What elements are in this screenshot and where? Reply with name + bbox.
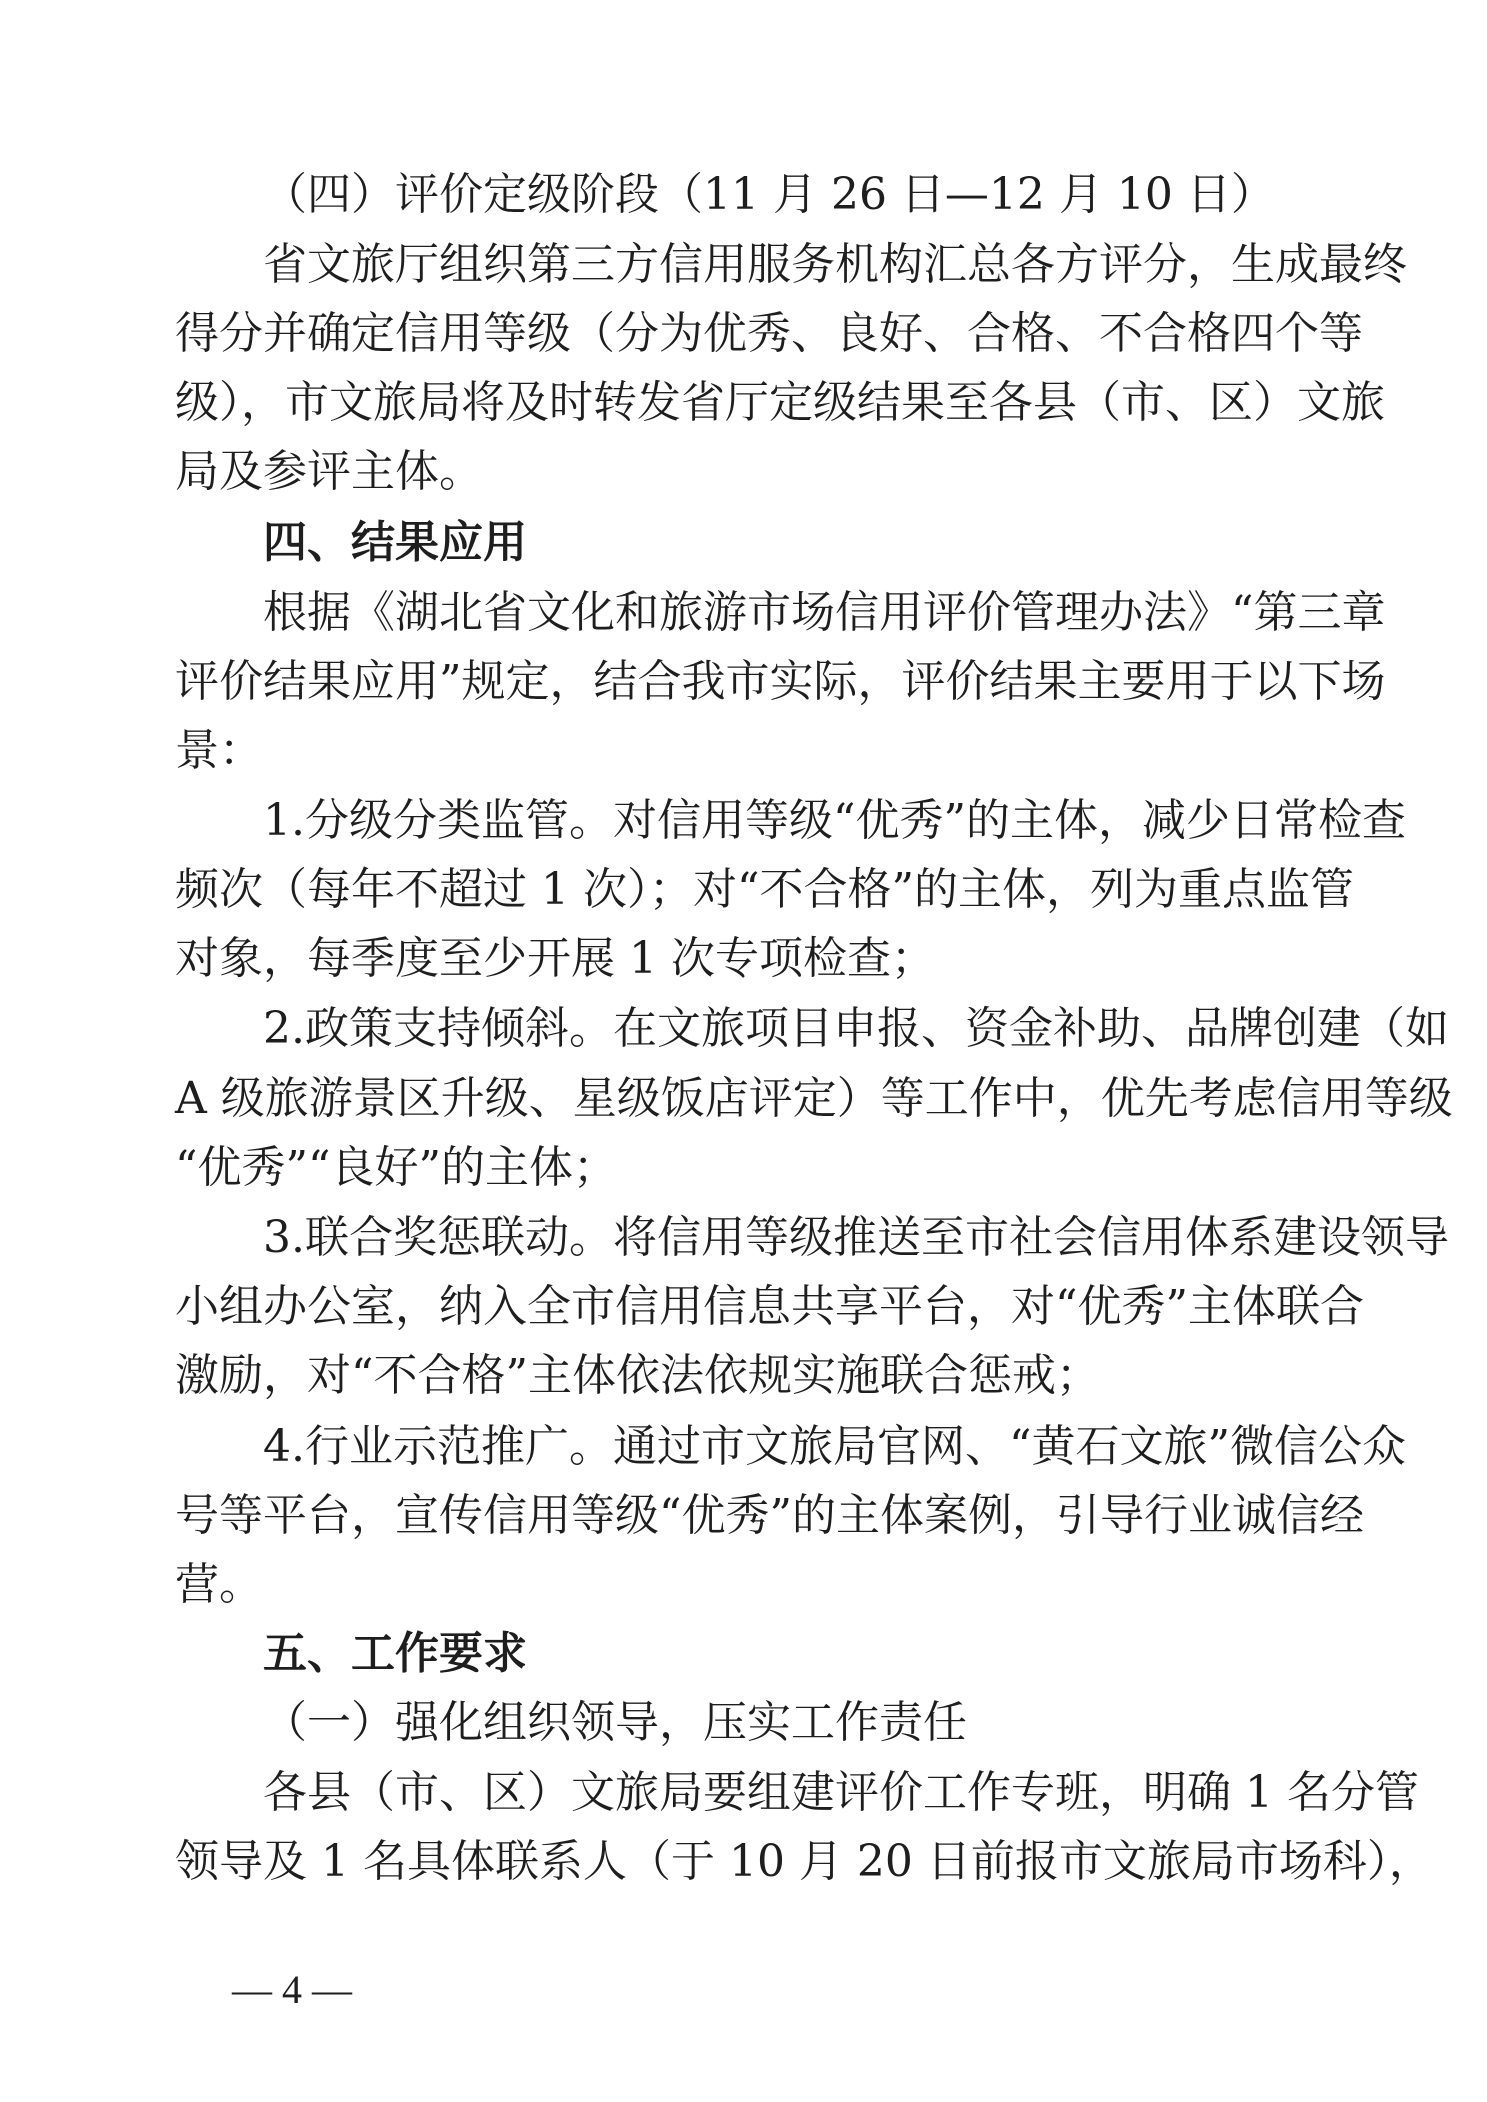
document-page: （四）评价定级阶段（11 月 26 日—12 月 10 日） 省文旅厅组织第三方… [0, 0, 1487, 2102]
list-item-4-line: 营。 [175, 1550, 1323, 1619]
paragraph-line: 景： [175, 716, 1323, 785]
list-item-3-line: 激励，对“不合格”主体依法依规实施联合惩戒； [175, 1341, 1323, 1410]
list-item-2-line: 2.政策支持倾斜。在文旅项目申报、资金补助、品牌创建（如 [263, 994, 1323, 1063]
paragraph-line: 省文旅厅组织第三方信用服务机构汇总各方评分，生成最终 [263, 230, 1323, 299]
list-item-4-line: 号等平台，宣传信用等级“优秀”的主体案例，引导行业诚信经 [175, 1481, 1323, 1550]
heading-section-5: 五、工作要求 [263, 1619, 527, 1688]
paragraph-line: 得分并确定信用等级（分为优秀、良好、合格、不合格四个等 [175, 299, 1323, 368]
list-item-2-line: “优秀”“良好”的主体； [175, 1133, 1323, 1202]
list-item-3-line: 3.联合奖惩联动。将信用等级推送至市社会信用体系建设领导 [263, 1203, 1323, 1272]
paragraph-line: 根据《湖北省文化和旅游市场信用评价管理办法》“第三章 [263, 578, 1323, 647]
list-item-1-line: 对象，每季度至少开展 1 次专项检查； [175, 924, 1323, 993]
paragraph-line: 评价结果应用”规定，结合我市实际，评价结果主要用于以下场 [175, 647, 1323, 716]
list-item-4-line: 4.行业示范推广。通过市文旅局官网、“黄石文旅”微信公众 [263, 1412, 1323, 1481]
list-item-3-line: 小组办公室，纳入全市信用信息共享平台，对“优秀”主体联合 [175, 1272, 1323, 1341]
subheading-stage-4: （四）评价定级阶段（11 月 26 日—12 月 10 日） [263, 160, 1275, 229]
paragraph-line: 局及参评主体。 [175, 437, 1323, 506]
list-item-1-line: 1.分级分类监管。对信用等级“优秀”的主体，减少日常检查 [263, 786, 1323, 855]
paragraph-line: 各县（市、区）文旅局要组建评价工作专班，明确 1 名分管 [263, 1758, 1323, 1827]
paragraph-line: 领导及 1 名具体联系人（于 10 月 20 日前报市文旅局市场科）， [175, 1827, 1323, 1896]
list-item-2-line: A 级旅游景区升级、星级饭店评定）等工作中，优先考虑信用等级 [175, 1064, 1323, 1133]
paragraph-line: 级），市文旅局将及时转发省厅定级结果至各县（市、区）文旅 [175, 368, 1323, 437]
list-item-1-line: 频次（每年不超过 1 次）；对“不合格”的主体，列为重点监管 [175, 855, 1323, 924]
page-number: — 4 — [232, 1965, 352, 2015]
subheading-section-5-1: （一）强化组织领导，压实工作责任 [263, 1688, 967, 1757]
heading-section-4: 四、结果应用 [263, 508, 527, 577]
